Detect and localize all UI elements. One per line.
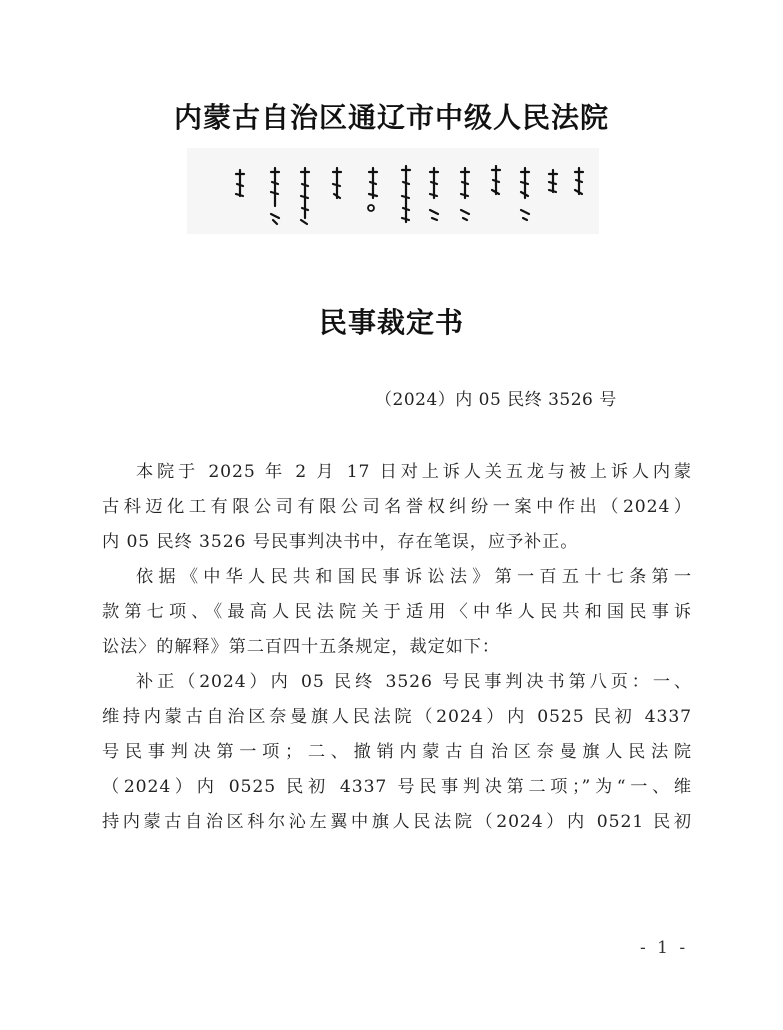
page-number: - 1 - [640, 938, 688, 958]
body-line: 本院于 2025 年 2 月 17 日对上诉人关五龙与被上诉人内蒙 [102, 455, 692, 490]
body-line: （2024）内 0525 民初 4337 号民事判决第二项；”为“一、维 [102, 770, 692, 805]
document-title: 民事裁定书 [0, 301, 783, 341]
document-body: 本院于 2025 年 2 月 17 日对上诉人关五龙与被上诉人内蒙 古科迈化工有… [102, 455, 692, 840]
body-line: 维持内蒙古自治区奈曼旗人民法院（2024）内 0525 民初 4337 [102, 700, 692, 735]
body-line: 讼法〉的解释》第二百四十五条规定，裁定如下： [102, 630, 692, 665]
body-line: 持内蒙古自治区科尔沁左翼中旗人民法院（2024）内 0521 民初 [102, 805, 692, 840]
case-number: （2024）内 05 民终 3526 号 [375, 385, 617, 410]
body-line: 补正（2024）内 05 民终 3526 号民事判决书第八页：一、 [102, 665, 692, 700]
mongolian-court-name-image [187, 148, 599, 234]
court-name-heading: 内蒙古自治区通辽市中级人民法院 [0, 96, 783, 136]
body-line: 内 05 民终 3526 号民事判决书中，存在笔误，应予补正。 [102, 525, 692, 560]
body-line: 古科迈化工有限公司有限公司名誉权纠纷一案中作出（2024） [102, 490, 692, 525]
body-line: 款第七项、《最高人民法院关于适用〈中华人民共和国民事诉 [102, 595, 692, 630]
body-line: 依据《中华人民共和国民事诉讼法》第一百五十七条第一 [102, 560, 692, 595]
mongolian-script-icon [187, 148, 599, 234]
body-line: 号民事判决第一项；二、撤销内蒙古自治区奈曼旗人民法院 [102, 735, 692, 770]
